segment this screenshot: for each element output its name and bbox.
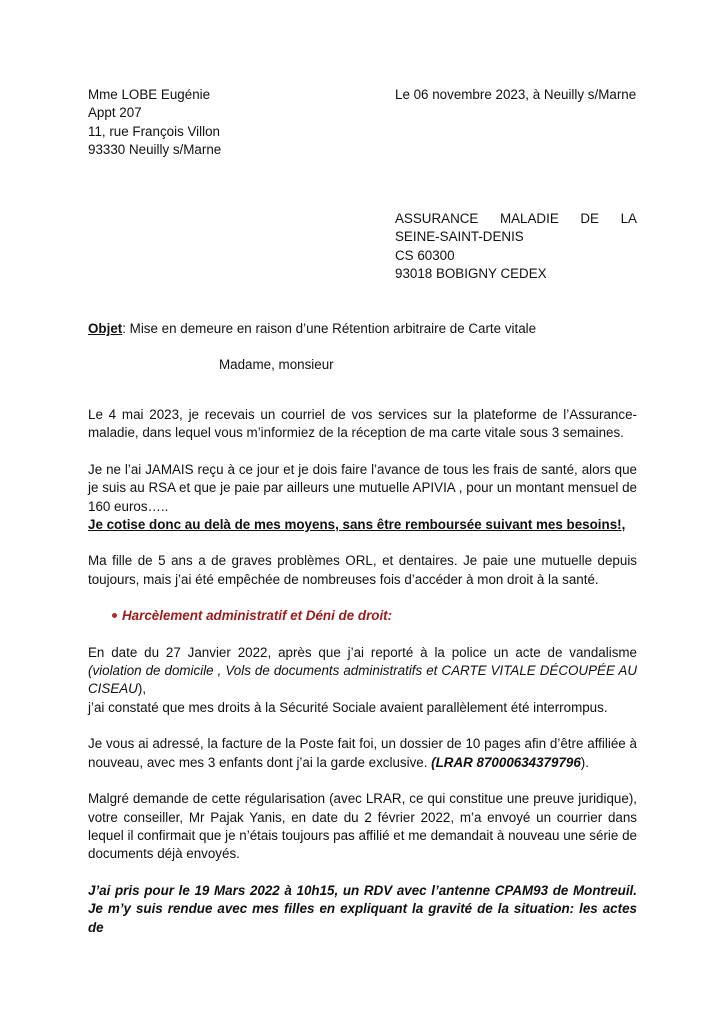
- paragraph-4-end: j’ai constaté que mes droits à la Sécuri…: [88, 699, 637, 717]
- paragraph-4-close: ),: [138, 681, 146, 696]
- recipient-line-3: CS 60300: [395, 247, 637, 265]
- salutation: Madame, monsieur: [219, 356, 334, 374]
- paragraph-6: Malgré demande de cette régularisation (…: [88, 790, 637, 864]
- recipient-line-1: ASSURANCE MALADIE DE LA: [395, 210, 637, 228]
- subject-text: : Mise en demeure en raison d’une Rétent…: [122, 321, 536, 336]
- paragraph-1: Le 4 mai 2023, je recevais un courriel d…: [88, 406, 637, 443]
- paragraph-5-tracking: (LRAR 87000634379796: [431, 755, 581, 770]
- recipient-line-4: 93018 BOBIGNY CEDEX: [395, 265, 637, 283]
- paragraph-2: Je ne l’ai JAMAIS reçu à ce jour et je d…: [88, 461, 637, 516]
- sender-apartment: Appt 207: [88, 104, 348, 122]
- paragraph-4-start: En date du 27 Janvier 2022, après que j’…: [88, 645, 637, 660]
- paragraph-7: J’ai pris pour le 19 Mars 2022 à 10h15, …: [88, 882, 637, 937]
- subject-label: Objet: [88, 321, 122, 336]
- sender-city: 93330 Neuilly s/Marne: [88, 141, 348, 159]
- section-heading-text: Harcèlement administratif et Déni de dro…: [88, 607, 392, 625]
- paragraph-5: Je vous ai adressé, la facture de la Pos…: [88, 735, 637, 772]
- recipient-line-2: SEINE-SAINT-DENIS: [395, 228, 637, 246]
- paragraph-4-italic: (violation de domicile , Vols de documen…: [88, 663, 637, 696]
- paragraph-4: En date du 27 Janvier 2022, après que j’…: [88, 644, 637, 699]
- letter-subject: Objet: Mise en demeure en raison d’une R…: [88, 320, 536, 338]
- letter-body: Le 4 mai 2023, je recevais un courriel d…: [88, 406, 637, 955]
- paragraph-5-end: ).: [581, 755, 589, 770]
- recipient-address: ASSURANCE MALADIE DE LA SEINE-SAINT-DENI…: [395, 210, 637, 284]
- paragraph-2-emphasis: Je cotise donc au delà de mes moyens, sa…: [88, 516, 637, 534]
- sender-street: 11, rue François Villon: [88, 123, 348, 141]
- section-heading: Harcèlement administratif et Déni de dro…: [88, 607, 637, 625]
- letter-page: Mme LOBE Eugénie Appt 207 11, rue Franço…: [0, 0, 725, 1024]
- sender-address: Mme LOBE Eugénie Appt 207 11, rue Franço…: [88, 86, 348, 160]
- paragraph-3: Ma fille de 5 ans a de graves problèmes …: [88, 552, 637, 589]
- sender-name: Mme LOBE Eugénie: [88, 86, 348, 104]
- letter-date: Le 06 novembre 2023, à Neuilly s/Marne: [395, 86, 636, 104]
